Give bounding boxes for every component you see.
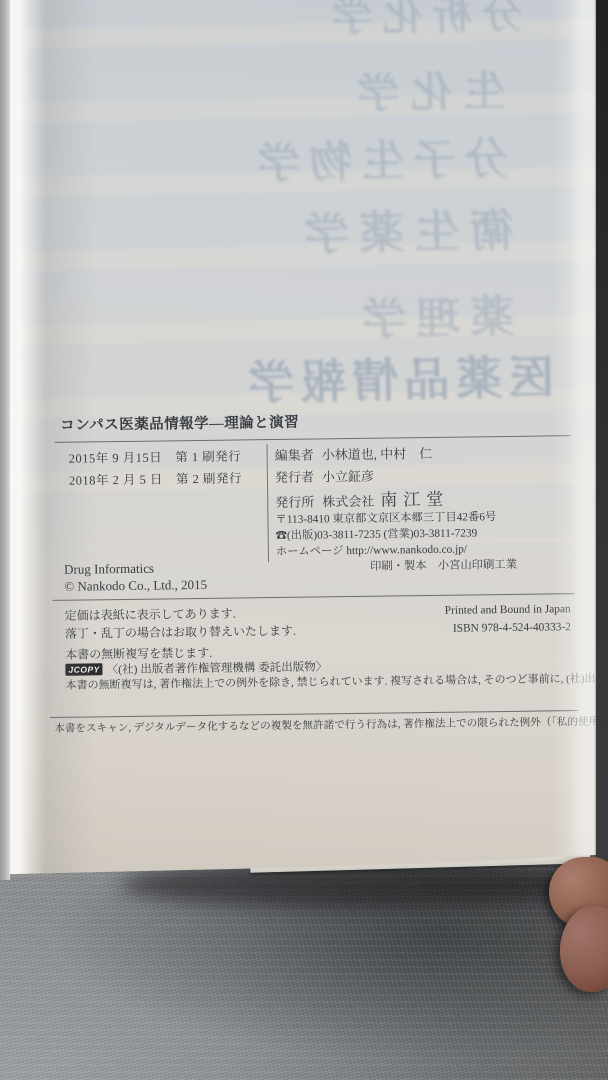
defect-note: 落丁・乱丁の場合はお取り替えいたします. xyxy=(65,622,296,642)
ghost-title-bleedthrough: 分析化学 xyxy=(321,0,522,43)
jcopy-line: JCOPY〈(社) 出版者著作権管理機構 委託出版物〉 xyxy=(65,658,327,677)
edition-line-1: 2015年 9 月15日 第 1 刷発行 xyxy=(69,446,242,466)
printed-in-and-isbn: Printed and Bound in Japan ISBN 978-4-52… xyxy=(379,600,571,639)
jcopy-entrust-label: 〈(社) 出版者著作権管理機構 委託出版物〉 xyxy=(107,661,328,676)
price-note: 定価は表紙に表示してあります. xyxy=(65,605,236,624)
photo-of-book-colophon-page: { "ghost_titles": [ {"text": "分析化学"}, {"… xyxy=(0,0,608,1080)
jcopy-logo-badge: JCOPY xyxy=(65,663,102,675)
printer-line: 印刷・製本 小宮山印刷工業 xyxy=(370,556,517,574)
publisher-person-name: 小立鉦彦 xyxy=(322,469,374,485)
publisher-person-role-label: 発行者 xyxy=(275,469,314,485)
ghost-title-bleedthrough: 医薬品情報学 xyxy=(241,341,554,414)
ghost-title-bleedthrough: 生化学 xyxy=(345,58,505,121)
publishing-house-name: 南江堂 xyxy=(380,490,449,510)
jcopy-permission-paragraph: 本書の無断複写は, 著作権法上での例外を除き, 禁じられています. 複写される場… xyxy=(66,672,578,694)
isbn: ISBN 978-4-524-40333-2 xyxy=(379,618,571,639)
rule-below-copyright xyxy=(53,593,575,601)
editor-role-label: 編集者 xyxy=(275,448,314,464)
english-title: Drug Informatics xyxy=(64,561,154,578)
ghost-title-bleedthrough: 薬理学 xyxy=(351,280,514,347)
ghost-title-bleedthrough: 分子生物学 xyxy=(247,125,508,191)
ghost-title-bleedthrough: 衛生薬学 xyxy=(293,194,514,264)
scan-prohibition-paragraph: 本書をスキャン, デジタルデータ化するなどの複製を無許諾で行う行為は, 著作権法… xyxy=(54,716,582,737)
printed-in-japan: Printed and Bound in Japan xyxy=(379,600,571,621)
rule-below-title xyxy=(54,435,570,443)
publisher-person-row: 発行者小立鉦彦 xyxy=(275,466,374,486)
publishing-house-role-label: 発行所 xyxy=(275,494,314,510)
publishing-house-row: 発行所株式会社南江堂 xyxy=(275,485,449,512)
editor-names: 小林道也, 中村 仁 xyxy=(322,446,433,462)
publisher-homepage: ホームページ http://www.nankodo.co.jp/ xyxy=(276,541,467,559)
colophon-block: コンパス医薬品情報学―理論と演習 2015年 9 月15日 第 1 刷発行 20… xyxy=(46,401,583,790)
publishing-house-company-type: 株式会社 xyxy=(322,494,374,510)
edition-line-2: 2018年 2 月 5 日 第 2 刷発行 xyxy=(69,468,242,488)
column-divider xyxy=(266,444,269,562)
publisher-phone: ☎(出版)03-3811-7235 (営業)03-3811-7239 xyxy=(276,524,478,543)
publisher-address: 〒113-8410 東京都文京区本郷三丁目42番6号 xyxy=(275,508,496,527)
dark-gap-right-of-page xyxy=(596,0,608,866)
book-title: コンパス医薬品情報学―理論と演習 xyxy=(60,411,299,435)
rule-above-scan-note xyxy=(50,710,578,718)
book-page: 分析化学 生化学 分子生物学 衛生薬学 薬理学 医薬品情報学 コンパス医薬品情報… xyxy=(6,0,598,876)
left-page-fold-edge xyxy=(0,0,10,880)
editor-row: 編集者小林道也, 中村 仁 xyxy=(275,443,433,464)
copyright-line: © Nankodo Co., Ltd., 2015 xyxy=(64,577,207,595)
no-copy-note: 本書の無断複写を禁じます. xyxy=(65,644,212,663)
